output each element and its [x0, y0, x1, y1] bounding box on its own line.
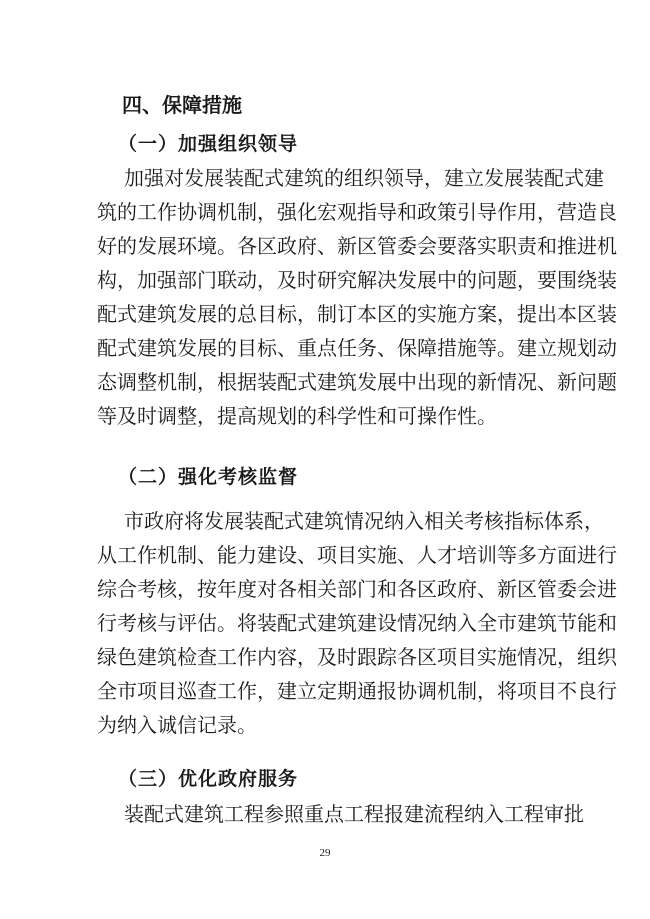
page-number: 29: [0, 847, 650, 859]
paragraph-line: 构，加强部门联动，及时研究解决发展中的问题，要围绕装: [97, 263, 549, 297]
subsection-title-3: （三）优化政府服务: [118, 762, 298, 796]
paragraph-line: 行考核与评估。将装配式建筑建设情况纳入全市建筑节能和: [97, 606, 549, 640]
paragraph-line: 综合考核，按年度对各相关部门和各区政府、新区管委会进: [97, 572, 549, 606]
section-title: 四、保障措施: [122, 88, 242, 122]
subsection-title-2: （二）强化考核监督: [118, 460, 298, 494]
paragraph-line: 从工作机制、能力建设、项目实施、人才培训等多方面进行: [97, 538, 549, 572]
paragraph-line: 配式建筑发展的目标、重点任务、保障措施等。建立规划动: [97, 331, 549, 365]
paragraph-line: 市政府将发展装配式建筑情况纳入相关考核指标体系，: [124, 504, 549, 538]
paragraph-line: 筑的工作协调机制，强化宏观指导和政策引导作用，营造良: [97, 195, 549, 229]
paragraph-line: 为纳入诚信记录。: [97, 708, 549, 742]
paragraph-line: 装配式建筑工程参照重点工程报建流程纳入工程审批: [124, 797, 549, 831]
paragraph-line: 态调整机制，根据装配式建筑发展中出现的新情况、新问题: [97, 365, 549, 399]
paragraph-line: 加强对发展装配式建筑的组织领导，建立发展装配式建: [124, 161, 549, 195]
paragraph-line: 等及时调整，提高规划的科学性和可操作性。: [97, 399, 549, 433]
paragraph-line: 全市项目巡查工作，建立定期通报协调机制，将项目不良行: [97, 674, 549, 708]
paragraph-line: 配式建筑发展的总目标，制订本区的实施方案，提出本区装: [97, 297, 549, 331]
subsection-title-1: （一）加强组织领导: [118, 127, 298, 161]
document-page: 四、保障措施 （一）加强组织领导 加强对发展装配式建筑的组织领导，建立发展装配式…: [0, 0, 650, 919]
paragraph-line: 好的发展环境。各区政府、新区管委会要落实职责和推进机: [97, 229, 549, 263]
paragraph-line: 绿色建筑检查工作内容，及时跟踪各区项目实施情况，组织: [97, 640, 549, 674]
